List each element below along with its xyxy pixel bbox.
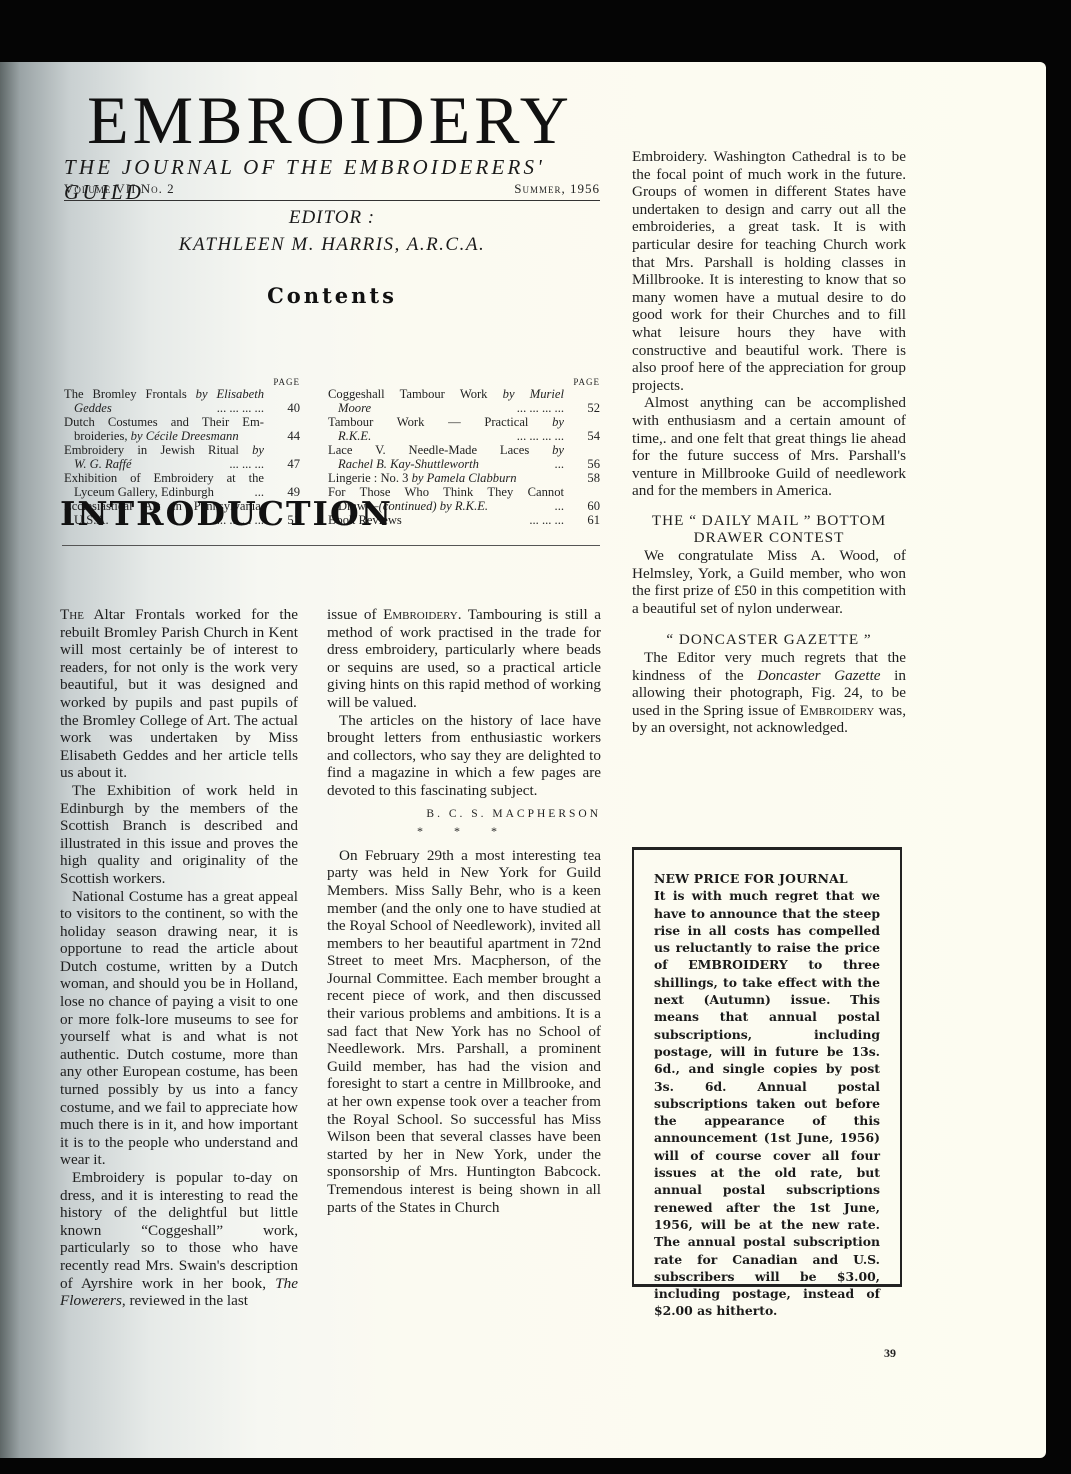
page-number: 58 <box>564 471 600 485</box>
section-heading-daily-mail: THE “ DAILY MAIL ” BOTTOM DRAWER CONTEST <box>632 512 906 547</box>
issue-date: Summer, 1956 <box>514 181 600 197</box>
paragraph: On February 29th a most interesting tea … <box>327 847 601 1216</box>
section-separator: * * * <box>327 823 601 841</box>
contents-entry[interactable]: Lingerie : No. 3 by Pamela Clabburn 58 <box>328 471 600 485</box>
paragraph: Almost anything can be accomplished with… <box>632 394 906 500</box>
page-number: 56 <box>564 443 600 471</box>
section-heading-doncaster-gazette: “ DONCASTER GAZETTE ” <box>632 631 906 649</box>
price-notice-box: NEW PRICE FOR JOURNAL It is with much re… <box>632 847 902 1287</box>
paragraph: National Costume has a great appeal to v… <box>60 888 298 1170</box>
contents-entry[interactable]: Coggeshall Tambour Work by Muriel Moore.… <box>328 387 600 415</box>
paragraph: The Exhibition of work held in Edinburgh… <box>60 782 298 888</box>
masthead-title: EMBROIDERY <box>60 86 600 154</box>
volume-number: Volume VII No. 2 <box>64 181 175 197</box>
page-number: 44 <box>264 415 300 443</box>
contents-entry[interactable]: The Bromley Frontals by Elisabeth Geddes… <box>64 387 300 415</box>
page-number: 54 <box>564 415 600 443</box>
page-number: 60 <box>564 485 600 513</box>
paragraph: We congratulate Miss A. Wood, of Helmsle… <box>632 547 906 617</box>
paragraph: The Altar Frontals worked for the rebuil… <box>60 606 298 782</box>
contents-heading: Contents <box>64 283 600 308</box>
contents-divider <box>62 545 600 546</box>
paragraph: The articles on the history of lace have… <box>327 712 601 800</box>
article-column-1: The Altar Frontals worked for the rebuil… <box>60 606 298 1310</box>
contents-entry[interactable]: Tambour Work — Practical by R.K.E.... ..… <box>328 415 600 443</box>
introduction-heading: INTRODUCTION <box>60 494 393 533</box>
editor-name: KATHLEEN M. HARRIS, A.R.C.A. <box>64 234 600 256</box>
masthead-divider <box>64 200 600 201</box>
page-number: 47 <box>264 443 300 471</box>
contents-entry[interactable]: Embroidery in Jewish Ritual by W. G. Raf… <box>64 443 300 471</box>
masthead-subtitle: THE JOURNAL OF THE EMBROIDERERS' GUILD <box>64 155 600 205</box>
volume-line: Volume VII No. 2 Summer, 1956 <box>64 181 600 197</box>
paragraph: The Editor very much regrets that the ki… <box>632 649 906 737</box>
author-signature: B. C. S. MACPHERSON <box>327 806 601 824</box>
paragraph: issue of Embroidery. Tambouring is still… <box>327 606 601 712</box>
notice-title: NEW PRICE FOR JOURNAL <box>654 870 880 887</box>
notice-body: It is with much regret that we have to a… <box>654 887 880 1319</box>
article-column-3: Embroidery. Washington Cathedral is to b… <box>632 148 906 737</box>
article-column-2: issue of Embroidery. Tambouring is still… <box>327 606 601 1216</box>
price-notice: NEW PRICE FOR JOURNAL It is with much re… <box>654 870 880 1320</box>
contents-entry[interactable]: Lace V. Needle-Made Laces by Rachel B. K… <box>328 443 600 471</box>
paragraph: Embroidery. Washington Cathedral is to b… <box>632 148 906 394</box>
editor-label: EDITOR : <box>64 207 600 229</box>
page-number: 61 <box>564 513 600 527</box>
page-column-header: PAGE <box>64 375 300 387</box>
page-number: 40 <box>264 387 300 415</box>
page-number-footer: 39 <box>884 1346 896 1361</box>
contents-entry[interactable]: Dutch Costumes and Their Em- broideries,… <box>64 415 300 443</box>
page-column-header: PAGE <box>328 375 600 387</box>
paragraph: Embroidery is popular to-day on dress, a… <box>60 1169 298 1310</box>
page-number: 52 <box>564 387 600 415</box>
